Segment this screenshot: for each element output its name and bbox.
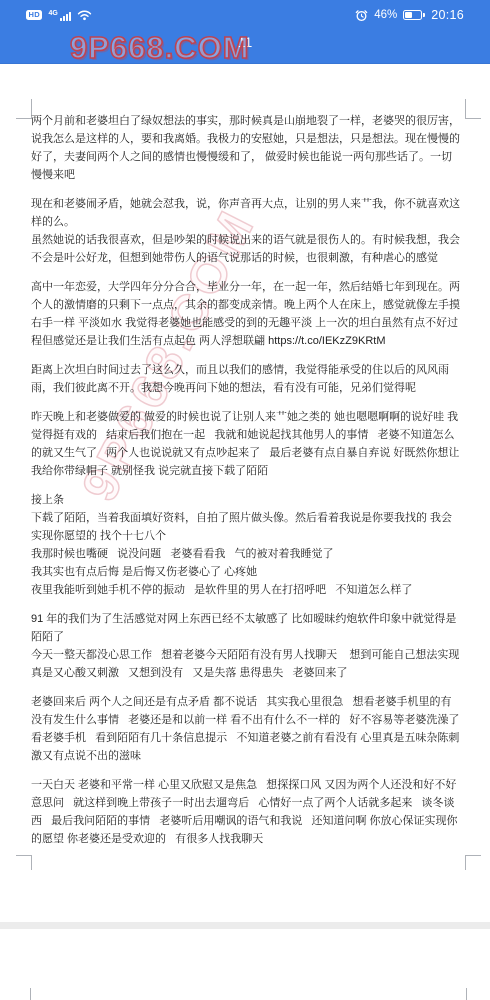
battery-icon <box>403 10 425 20</box>
status-bar-right: 46% 20:16 <box>355 8 464 22</box>
battery-percent-label: 46% <box>374 9 397 21</box>
next-page-margin-mark-left <box>30 988 31 1000</box>
clock-label: 20:16 <box>431 8 464 22</box>
paragraph: 老婆回来后 两个人之间还是有点矛盾 都不说话 其实我心里很急 想看老婆手机里的有… <box>31 693 462 765</box>
app-header: HD 4G <box>0 0 490 64</box>
paragraph: 今天一整天都没心思工作 想着老婆今天陌陌有没有男人找聊天 想到可能自己想法实现真… <box>31 646 462 682</box>
alarm-clock-icon <box>355 9 368 22</box>
network-type-label: 4G <box>48 10 57 17</box>
battery-fill <box>405 12 412 18</box>
paragraph: 我那时候也嘴硬 说没问题 老婆看看我 气的被对着我睡觉了 <box>31 545 462 563</box>
paragraph: 下载了陌陌，当着我面填好资料，自拍了照片做头像。然后看着我说是你要我找的 我会实… <box>31 509 462 545</box>
page-margin-mark-top-left <box>16 99 32 119</box>
next-page-margin-mark-right <box>466 988 467 1000</box>
paragraph: 一天白天 老婆和平常一样 心里又欣慰又是焦急 想探探口风 又因为两个人还没和好不… <box>31 776 462 848</box>
paragraph: 高中一年恋爱，大学四年分分合合，毕业分一年，在一起一年，然后结婚七年到现在。两个… <box>31 278 462 350</box>
page-margin-mark-top-right <box>465 99 481 119</box>
document-page[interactable]: 两个月前和老婆坦白了绿奴想法的事实，那时候真是山崩地裂了一样，老婆哭的很厉害，说… <box>31 112 462 848</box>
signal-strength-icon: 4G <box>48 9 70 21</box>
paragraph: 距离上次坦白时间过去了这么久，而且以我们的感情，我觉得能承受的住以后的风风雨雨，… <box>31 361 462 397</box>
screen: HD 4G <box>0 0 490 1000</box>
page-margin-mark-bottom-left <box>16 855 32 870</box>
paragraph: 昨天晚上和老婆做爱的 做爱的时候也说了让别人来艹她之类的 她也嗯嗯啊啊的说好哇 … <box>31 408 462 480</box>
wifi-icon <box>77 9 92 21</box>
page-margin-mark-bottom-right <box>465 855 481 870</box>
paragraph: 现在和老婆闹矛盾，她就会怼我，说，你声音再大点，让别的男人来艹我，你不就喜欢这样… <box>31 195 462 231</box>
paragraph: 接上条 <box>31 491 462 509</box>
page-separator <box>0 922 490 929</box>
status-bar-left: HD 4G <box>26 9 92 21</box>
paragraph: 91 年的我们为了生活感觉对网上东西已经不太敏感了 比如暧昧约炮软件印象中就觉得… <box>31 610 462 646</box>
paragraph: 我其实也有点后悔 是后悔又伤老婆心了 心疼她 <box>31 563 462 581</box>
paragraph: 虽然她说的话我很喜欢，但是吵架的时候说出来的语气就是很伤人的。有时候我想，我会不… <box>31 231 462 267</box>
paragraph: 两个月前和老婆坦白了绿奴想法的事实，那时候真是山崩地裂了一样，老婆哭的很厉害，说… <box>31 112 462 184</box>
page-number: 11 <box>0 34 490 50</box>
status-bar: HD 4G <box>0 0 490 30</box>
hd-icon: HD <box>26 10 42 21</box>
paragraph: 夜里我能听到她手机不停的振动 是软件里的男人在打招呼吧 不知道怎么样了 <box>31 581 462 599</box>
